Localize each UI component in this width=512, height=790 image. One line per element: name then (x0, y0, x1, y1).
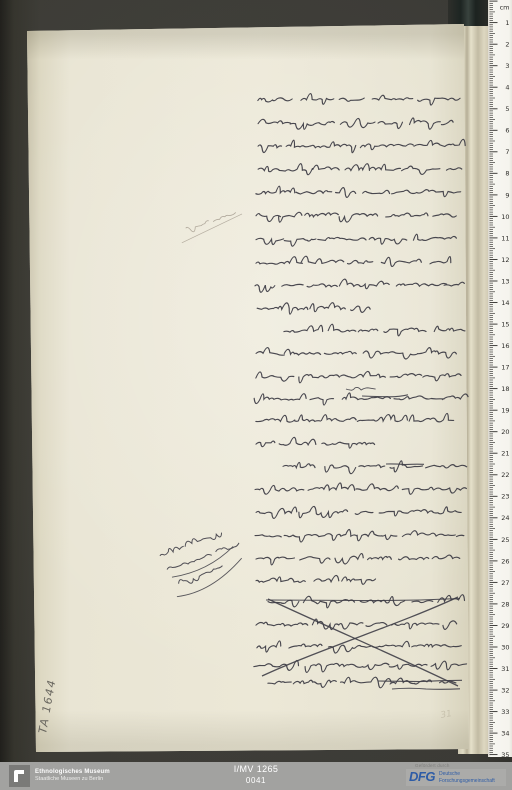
handwritten-line (282, 461, 468, 474)
handwritten-line (253, 393, 469, 405)
strikethrough (386, 464, 424, 465)
handwritten-line (255, 619, 457, 630)
faint-pencil-number: 31 (440, 709, 453, 721)
handwritten-line (257, 94, 461, 105)
strikethrough (392, 688, 460, 689)
strikethrough (362, 395, 408, 397)
handwritten-line (255, 234, 457, 246)
ink-note (158, 525, 249, 600)
paragraph-1 (254, 94, 466, 315)
handwritten-line (255, 437, 376, 448)
handwritten-line (255, 348, 457, 359)
handwritten-line (256, 641, 462, 653)
inventory-number-vertical: TA 1644 (36, 678, 58, 735)
inserted-word (346, 387, 376, 390)
handwritten-line (257, 118, 454, 129)
funding-pretext: Gefördert durch (415, 763, 506, 768)
cross-out-stroke (262, 597, 458, 676)
handwritten-line (254, 483, 467, 494)
handwritten-line (254, 529, 465, 542)
handwritten-line (255, 575, 376, 584)
handwritten-line (256, 303, 371, 314)
handwritten-line (255, 212, 457, 222)
funding-block: Gefördert durch DFG Deutsche Forschungsg… (406, 763, 506, 786)
pencil-note (178, 210, 245, 242)
handwriting-layer: TA 164431 (0, 0, 512, 762)
dfg-logo: DFG (409, 770, 435, 783)
handwritten-line (255, 256, 452, 266)
handwritten-line (283, 324, 466, 336)
handwritten-line (256, 413, 455, 422)
scanned-document-viewport: TA 164431 cm1234567891011121314151617181… (0, 0, 512, 790)
handwritten-line (255, 186, 461, 197)
handwritten-line (255, 371, 462, 382)
handwritten-line (267, 595, 466, 608)
handwritten-line (257, 139, 466, 152)
handwritten-line (267, 677, 457, 688)
dfg-name: Deutsche Forschungsgemeinschaft (439, 770, 495, 784)
handwritten-line (255, 554, 461, 565)
paragraph-3 (254, 461, 468, 584)
handwritten-line (254, 279, 465, 292)
handwritten-line (255, 506, 462, 518)
footer-bar: Ethnologisches Museum Staatliche Museen … (0, 762, 512, 790)
paragraph-2 (253, 324, 469, 448)
handwritten-line (257, 164, 463, 175)
cross-out-stroke (268, 599, 458, 686)
